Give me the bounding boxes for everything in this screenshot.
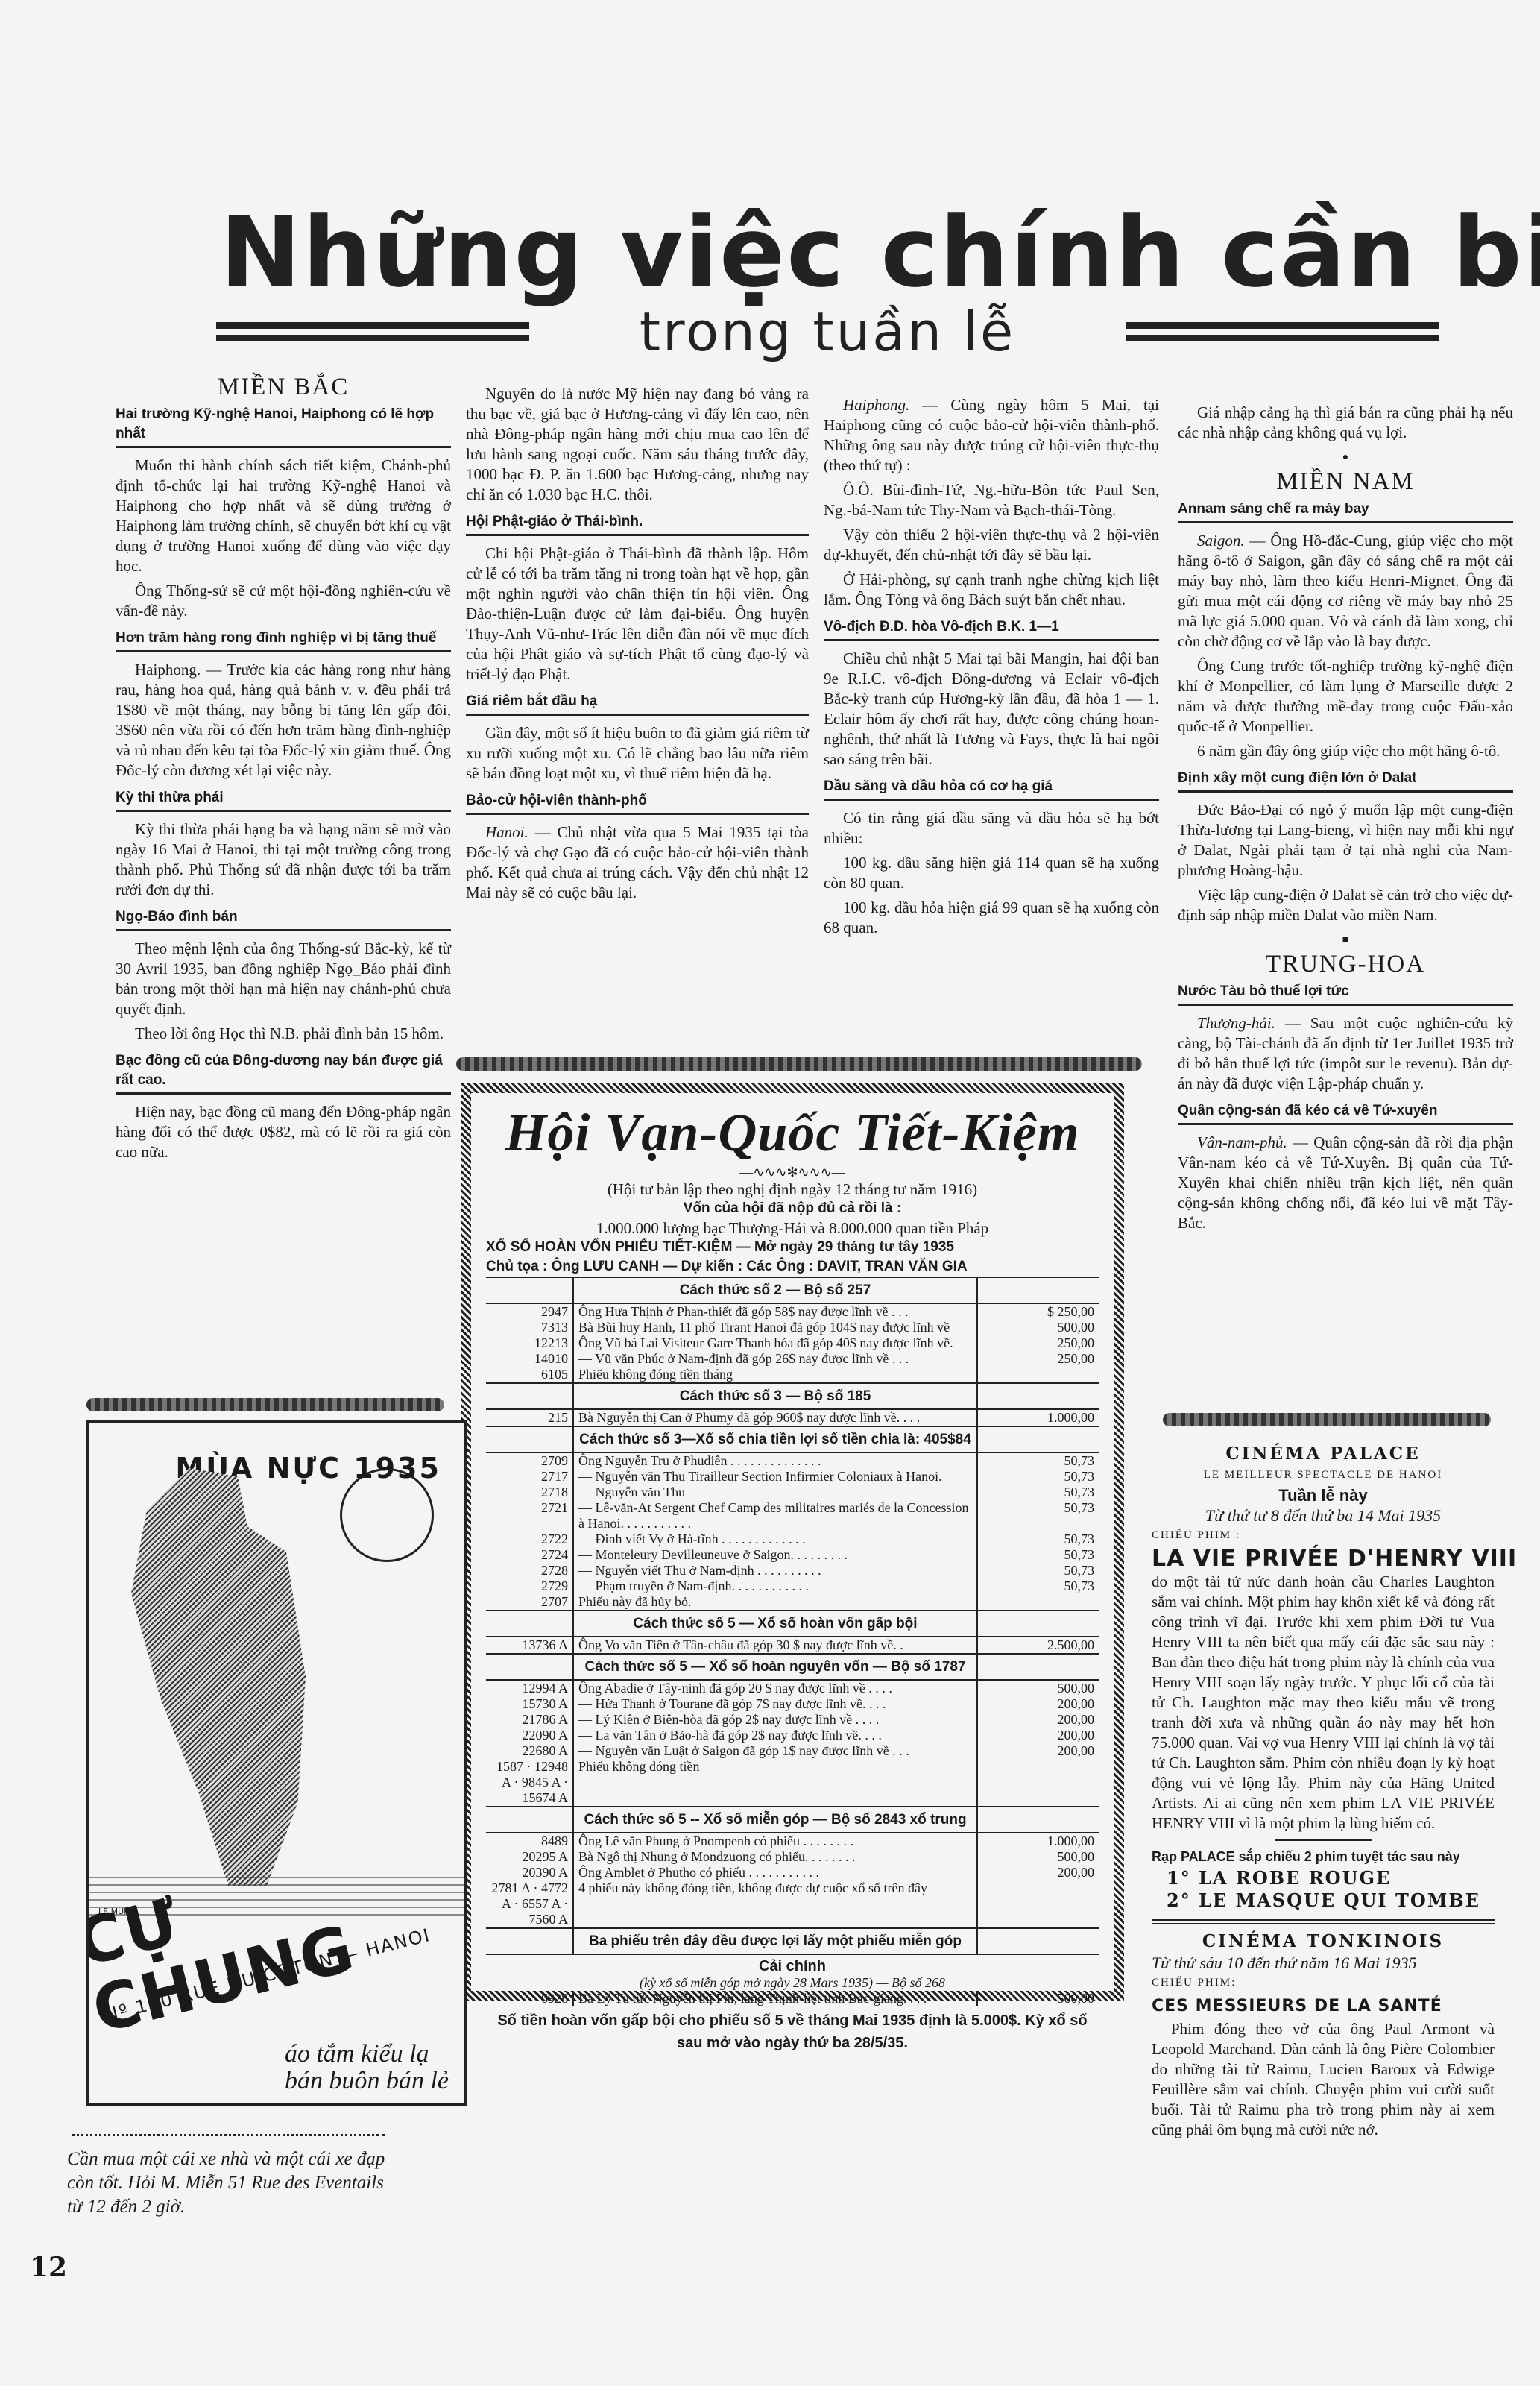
table-row: 6928 Bà Lý Tu tức Nguyễn thị Phi, làng T…	[486, 1991, 1099, 2006]
ticket-number: 2709	[486, 1452, 573, 1469]
notice-title: Hội Vạn-Quốc Tiết-Kiệm	[486, 1101, 1099, 1165]
table-row: 14010— Vũ văn Phúc ở Nam-định đã góp 26$…	[486, 1351, 1099, 1367]
correction-title: Cải chính	[486, 1958, 1099, 1975]
ticket-number: 13736 A	[486, 1637, 573, 1654]
winner-text: Ông Vũ bá Lai Visiteur Gare Thanh hóa đã…	[573, 1335, 977, 1351]
section-heading: Cách thức số 5 -- Xổ số miễn góp — Bộ số…	[573, 1807, 977, 1833]
table-row: 2717— Nguyễn văn Thu Tirailleur Section …	[486, 1469, 1099, 1485]
table-row: 1587 · 12948 A · 9845 A · 15674 APhiếu k…	[486, 1759, 1099, 1807]
movie-title: LA VIE PRIVÉE D'HENRY VIII	[1152, 1549, 1495, 1569]
winner-text: Phiếu này đã hủy bỏ.	[573, 1594, 977, 1611]
table-row: 22680 A— Nguyễn văn Luật ở Saigon đã góp…	[486, 1743, 1099, 1759]
upcoming-movie: 2° LE MASQUE QUI TOMBE	[1167, 1889, 1495, 1912]
paragraph: Theo mệnh lệnh của ông Thống-sứ Bắc-kỳ, …	[116, 939, 451, 1019]
showing-label: CHIẾU PHIM:	[1152, 1973, 1495, 1993]
paragraph: Vân-nam-phủ. — Quân cộng-sản đã rời địa …	[1178, 1133, 1513, 1233]
paragraph: Ô.Ô. Bùi-đình-Tứ, Ng.-hữu-Bôn tức Paul S…	[824, 480, 1159, 520]
amount: 50,73	[977, 1532, 1099, 1547]
ticket-number: 12994 A	[486, 1680, 573, 1696]
correction-table: 6928 Bà Lý Tu tức Nguyễn thị Phi, làng T…	[486, 1991, 1099, 2006]
ticket-number: 2707	[486, 1594, 573, 1611]
notice-footer: Số tiền hoàn vốn gấp bội cho phiếu số 5 …	[486, 2009, 1099, 2054]
table-row: 22090 A— La văn Tân ở Bảo-hà đã góp 2$ n…	[486, 1728, 1099, 1743]
column-3: Haiphong. — Cùng ngày hôm 5 Mai, tại Hai…	[824, 395, 1159, 942]
showing-label: CHIẾU PHIM :	[1152, 1526, 1495, 1546]
amount	[977, 1367, 1099, 1383]
amount: 50,73	[977, 1452, 1099, 1469]
winner-text: Bà Bùi huy Hanh, 11 phố Tirant Hanoi đã …	[573, 1320, 977, 1335]
section-heading: Cách thức số 3—Xổ số chia tiền lợi số ti…	[573, 1426, 977, 1452]
section-heading-row: Cách thức số 5 -- Xổ số miễn góp — Bộ số…	[486, 1807, 1099, 1833]
paragraph: Ông Cung trước tốt-nghiệp trường kỹ-nghệ…	[1178, 656, 1513, 737]
headline: Dầu săng và dầu hỏa có cơ hạ giá	[824, 777, 1159, 801]
ornament: —∿∿∿✻∿∿∿—	[486, 1165, 1099, 1180]
headline: Hai trường Kỹ-nghệ Hanoi, Haiphong có lẽ…	[116, 405, 451, 448]
headline: Định xây một cung điện lớn ở Dalat	[1178, 769, 1513, 793]
paragraph: Việc lập cung-điện ở Dalat sẽ cản trở ch…	[1178, 885, 1513, 925]
headline: Vô-địch Đ.D. hòa Vô-địch B.K. 1—1	[824, 617, 1159, 641]
winner-text: Bà Lý Tu tức Nguyễn thị Phi, làng Thịnh-…	[573, 1991, 977, 2006]
ticket-number: 7313	[486, 1320, 573, 1335]
amount: 50,73	[977, 1578, 1099, 1594]
paragraph: Vậy còn thiếu 2 hội-viên thực-thụ và 2 h…	[824, 525, 1159, 565]
ticket-number: 8489	[486, 1833, 573, 1849]
section-heading: Cách thức số 3 — Bộ số 185	[573, 1383, 977, 1409]
winner-text: 4 phiếu này không đóng tiền, không được …	[573, 1880, 977, 1928]
amount: 50,73	[977, 1485, 1099, 1500]
winner-text: Ông Vo văn Tiên ở Tân-châu đã góp 30 $ n…	[573, 1637, 977, 1654]
swimwear-advertisement: MÙA NỰC 1935 LE MUR CỰ CHUNG Nº 100 RUE …	[86, 1420, 467, 2106]
amount: 250,00	[977, 1335, 1099, 1351]
headline: Annam sáng chế ra máy bay	[1178, 500, 1513, 523]
wavy-divider	[86, 1398, 444, 1411]
winner-text: — Hứa Thanh ở Tourane đã góp 7$ nay được…	[573, 1696, 977, 1712]
ticket-number: 6105	[486, 1367, 573, 1383]
winner-text: Ông Amblet ở Phutho có phiếu . . . . . .…	[573, 1865, 977, 1880]
results-table: Cách thức số 2 — Bộ số 2572947Ông Hưa Th…	[486, 1277, 1099, 1955]
headline: Quân cộng-sản đã kéo cả về Tứ-xuyên	[1178, 1101, 1513, 1125]
week-label: Tuần lễ này	[1152, 1485, 1495, 1505]
winner-text: Ông Nguyễn Tru ở Phudiên . . . . . . . .…	[573, 1452, 977, 1469]
section-heading: Cách thức số 5 — Xổ số hoàn nguyên vốn —…	[573, 1654, 977, 1680]
paragraph: Ở Hải-phòng, sự cạnh tranh nghe chừng kị…	[824, 570, 1159, 610]
double-rule	[1152, 1919, 1495, 1924]
section-heading: Cách thức số 2 — Bộ số 257	[573, 1277, 977, 1303]
region-heading: TRUNG-HOA	[1178, 954, 1513, 975]
square-ornament: ■	[1178, 930, 1513, 950]
amount: 50,73	[977, 1469, 1099, 1485]
section-heading: Ba phiếu trên đây đều được lợi lấy một p…	[573, 1928, 977, 1954]
paragraph: 100 kg. dầu săng hiện giá 114 quan sẽ hạ…	[824, 853, 1159, 893]
page-title: Những việc chính cần biết	[220, 200, 1427, 304]
table-row: 21786 A— Lý Kiên ở Biên-hòa đã góp 2$ na…	[486, 1712, 1099, 1728]
page-number: 12	[30, 2252, 67, 2283]
table-row: 20295 ABà Ngô thị Nhung ở Mondzuong có p…	[486, 1849, 1099, 1865]
section-heading-row: Cách thức số 5 — Xổ số hoàn nguyên vốn —…	[486, 1654, 1099, 1680]
paragraph: Theo lời ông Học thì N.B. phải đình bản …	[116, 1024, 451, 1044]
paragraph: Haiphong. — Trước kia các hàng rong như …	[116, 660, 451, 781]
column-mien-bac: MIỀN BẮC Hai trường Kỹ-nghệ Hanoi, Haiph…	[116, 373, 451, 1167]
ticket-number: 2781 A · 4772 A · 6557 A · 7560 A	[486, 1880, 573, 1928]
table-row: 2718— Nguyễn văn Thu —50,73	[486, 1485, 1099, 1500]
dateline: Saigon.	[1197, 532, 1245, 550]
winner-text: Phiếu không đóng tiền	[573, 1759, 977, 1807]
cinema-name: CINÉMA TONKINOIS	[1152, 1931, 1495, 1951]
amount	[977, 1880, 1099, 1928]
table-row: 2721— Lê-văn-At Sergent Chef Camp des mi…	[486, 1500, 1099, 1532]
column-2: Nguyên do là nước Mỹ hiện nay đang bỏ và…	[466, 384, 809, 907]
table-row: 7313Bà Bùi huy Hanh, 11 phố Tirant Hanoi…	[486, 1320, 1099, 1335]
ticket-number: 14010	[486, 1351, 573, 1367]
table-row: 13736 AÔng Vo văn Tiên ở Tân-châu đã góp…	[486, 1637, 1099, 1654]
dateline: Hanoi.	[485, 823, 528, 841]
headline: Bạc đồng cũ của Đông-dương nay bán được …	[116, 1051, 451, 1095]
amount: 200,00	[977, 1743, 1099, 1759]
ticket-number: 2729	[486, 1578, 573, 1594]
winner-text: — Nguyễn viết Thu ở Nam-định . . . . . .…	[573, 1563, 977, 1578]
swimmers-illustration	[112, 1468, 306, 1886]
winner-text: — Vũ văn Phúc ở Nam-định đã góp 26$ nay …	[573, 1351, 977, 1367]
winner-text: Phiếu không đóng tiền tháng	[573, 1367, 977, 1383]
paragraph: 6 năm gần đây ông giúp việc cho một hãng…	[1178, 741, 1513, 761]
page-subtitle: trong tuần lễ	[640, 302, 1015, 362]
amount: 50,73	[977, 1500, 1099, 1532]
paragraph: Giá nhập cảng hạ thì giá bán ra cũng phả…	[1178, 403, 1513, 443]
ticket-number: 22090 A	[486, 1728, 573, 1743]
amount: 500,00	[977, 1849, 1099, 1865]
amount: 2.500,00	[977, 1637, 1099, 1654]
dateline: Haiphong.	[843, 396, 909, 414]
table-row: 15730 A— Hứa Thanh ở Tourane đã góp 7$ n…	[486, 1696, 1099, 1712]
amount: 500,00	[977, 1320, 1099, 1335]
ticket-number: 20295 A	[486, 1849, 573, 1865]
amount	[977, 1594, 1099, 1611]
winner-text: — Nguyễn văn Luật ở Saigon đã góp 1$ nay…	[573, 1743, 977, 1759]
table-row: 2709Ông Nguyễn Tru ở Phudiên . . . . . .…	[486, 1452, 1099, 1469]
amount: 250,00	[977, 1351, 1099, 1367]
movie-description: do một tài tử nức danh hoàn cầu Charles …	[1152, 1572, 1495, 1833]
table-row: 20390 AÔng Amblet ở Phutho có phiếu . . …	[486, 1865, 1099, 1880]
table-row: 2724— Monteleury Devilleuneuve ở Saigon.…	[486, 1547, 1099, 1563]
paragraph: Kỳ thi thừa phái hạng ba và hạng năm sẽ …	[116, 819, 451, 900]
paragraph: Nguyên do là nước Mỹ hiện nay đang bỏ và…	[466, 384, 809, 505]
winner-text: — La văn Tân ở Bảo-hà đã góp 2$ nay được…	[573, 1728, 977, 1743]
winner-text: — Nguyễn văn Thu —	[573, 1485, 977, 1500]
section-heading-row: Cách thức số 5 — Xổ số hoàn vốn gấp bội	[486, 1611, 1099, 1637]
winner-text: — Phạm truyền ở Nam-định. . . . . . . . …	[573, 1578, 977, 1594]
headline: Ngọ-Báo đình bản	[116, 907, 451, 931]
lottery-line: XỔ SỐ HOÀN VỐN PHIẾU TIẾT-KIỆM — Mở ngày…	[486, 1238, 1099, 1257]
ticket-number: 22680 A	[486, 1743, 573, 1759]
ad-slogan: áo tắm kiểu lạ bán buôn bán lẻ	[285, 2041, 449, 2094]
paragraph: Haiphong. — Cùng ngày hôm 5 Mai, tại Hai…	[824, 395, 1159, 476]
ticket-number: 2728	[486, 1563, 573, 1578]
paragraph: Có tin rằng giá dầu săng và dầu hỏa sẽ h…	[824, 808, 1159, 849]
amount: $ 250,00	[977, 1303, 1099, 1320]
cinema-name: CINÉMA PALACE	[1152, 1444, 1495, 1464]
paragraph: Đức Bảo-Đại có ngỏ ý muốn lập một cung-đ…	[1178, 800, 1513, 881]
double-rule-right	[1126, 322, 1439, 341]
winner-text: Bà Nguyễn thị Can ở Phumy đã góp 960$ na…	[573, 1409, 977, 1426]
savings-society-notice: Hội Vạn-Quốc Tiết-Kiệm —∿∿∿✻∿∿∿— (Hội tư…	[461, 1083, 1124, 2001]
ticket-number: 15730 A	[486, 1696, 573, 1712]
table-row: 2707Phiếu này đã hủy bỏ.	[486, 1594, 1099, 1611]
table-row: 2729— Phạm truyền ở Nam-định. . . . . . …	[486, 1578, 1099, 1594]
ticket-number: 2717	[486, 1469, 573, 1485]
short-rule	[1275, 1839, 1372, 1841]
amount: 500,00	[977, 1680, 1099, 1696]
winner-text: — Nguyễn văn Thu Tirailleur Section Infi…	[573, 1469, 977, 1485]
upcoming-intro: Rạp PALACE sắp chiếu 2 phim tuyệt tác sa…	[1152, 1847, 1495, 1867]
classified-ad: Cần mua một cái xe nhà và một cái xe đạp…	[67, 2147, 395, 2219]
winner-text: — Lê-văn-At Sergent Chef Camp des milita…	[573, 1500, 977, 1532]
amount: 50,73	[977, 1563, 1099, 1578]
section-heading-row: Cách thức số 2 — Bộ số 257	[486, 1277, 1099, 1303]
table-row: 2728— Nguyễn viết Thu ở Nam-định . . . .…	[486, 1563, 1099, 1578]
double-rule-left	[216, 322, 529, 341]
table-row: 12213Ông Vũ bá Lai Visiteur Gare Thanh h…	[486, 1335, 1099, 1351]
paragraph: Muốn thi hành chính sách tiết kiệm, Chán…	[116, 456, 451, 576]
founded-line: (Hội tư bản lập theo nghị định ngày 12 t…	[486, 1180, 1099, 1199]
wavy-divider	[456, 1057, 1142, 1071]
ticket-number: 1587 · 12948 A · 9845 A · 15674 A	[486, 1759, 573, 1807]
ticket-number: 20390 A	[486, 1865, 573, 1880]
amount: 1.000,00	[977, 1833, 1099, 1849]
cinema-tagline: LE MEILLEUR SPECTACLE DE HANOI	[1152, 1465, 1495, 1485]
column-4: Giá nhập cảng hạ thì giá bán ra cũng phả…	[1178, 403, 1513, 1238]
table-row: 6105Phiếu không đóng tiền tháng	[486, 1367, 1099, 1383]
paragraph: Saigon. — Ông Hồ-đắc-Cung, giúp việc cho…	[1178, 531, 1513, 652]
region-heading: MIỀN NAM	[1178, 472, 1513, 492]
movie-description: Phim đóng theo vở của ông Paul Armont và…	[1152, 2019, 1495, 2140]
winner-text: — Đinh viết Vy ở Hà-tĩnh . . . . . . . .…	[573, 1532, 977, 1547]
ticket-number: 215	[486, 1409, 573, 1426]
winner-text: Ông Hưa Thịnh ở Phan-thiết đã góp 58$ na…	[573, 1303, 977, 1320]
table-row: 215Bà Nguyễn thị Can ở Phumy đã góp 960$…	[486, 1409, 1099, 1426]
ticket-number: 21786 A	[486, 1712, 573, 1728]
table-row: 2722— Đinh viết Vy ở Hà-tĩnh . . . . . .…	[486, 1532, 1099, 1547]
paragraph: Ông Thống-sứ sẽ cử một hội-đồng nghiên-c…	[116, 581, 451, 621]
amount: 1.000,00	[977, 1409, 1099, 1426]
dotted-divider	[72, 2134, 385, 2141]
paragraph: Chi hội Phật-giáo ở Thái-bình đã thành l…	[466, 544, 809, 684]
ticket-number: 2947	[486, 1303, 573, 1320]
correction-subtitle: (kỳ xổ số miễn góp mở ngày 28 Mars 1935)…	[486, 1975, 1099, 1991]
wavy-divider	[1163, 1413, 1491, 1426]
region-heading: MIỀN BẮC	[116, 377, 451, 397]
section-heading-row: Cách thức số 3—Xổ số chia tiền lợi số ti…	[486, 1426, 1099, 1452]
headline: Hội Phật-giáo ở Thái-bình.	[466, 512, 809, 536]
show-dates: Từ thứ tư 8 đến thứ ba 14 Mai 1935	[1152, 1505, 1495, 1526]
amount	[977, 1759, 1099, 1807]
winner-text: Bà Ngô thị Nhung ở Mondzuong có phiếu. .…	[573, 1849, 977, 1865]
winner-text: Ông Abadie ở Tây-ninh đã góp 20 $ nay đư…	[573, 1680, 977, 1696]
winner-text: Ông Lê văn Phung ở Pnompenh có phiếu . .…	[573, 1833, 977, 1849]
slogan-line: bán buôn bán lẻ	[285, 2068, 449, 2094]
paragraph: Gần đây, một số ít hiệu buôn to đã giảm …	[466, 723, 809, 784]
headline: Nước Tàu bỏ thuế lợi tức	[1178, 982, 1513, 1006]
winner-text: — Lý Kiên ở Biên-hòa đã góp 2$ nay được …	[573, 1712, 977, 1728]
bullet-ornament: ●	[1178, 447, 1513, 468]
dateline: Thượng-hải.	[1197, 1014, 1275, 1032]
amount: 200,00	[977, 1728, 1099, 1743]
paragraph: Hanoi. — Chủ nhật vừa qua 5 Mai 1935 tại…	[466, 822, 809, 903]
dateline: Haiphong.	[135, 661, 201, 679]
headline: Bảo-cử hội-viên thành-phố	[466, 791, 809, 815]
ticket-number: 6928	[486, 1991, 573, 2006]
headline: Hơn trăm hàng rong đình nghiệp vì bị tăn…	[116, 629, 451, 652]
paragraph: Thượng-hải. — Sau một cuộc nghiên-cứu kỹ…	[1178, 1013, 1513, 1094]
presiders-line: Chủ tọa : Ông LƯU CANH — Dự kiến : Các Ô…	[486, 1257, 1099, 1277]
show-dates: Từ thứ sáu 10 đến thứ năm 16 Mai 1935	[1152, 1953, 1495, 1973]
capital-amount: 1.000.000 lượng bạc Thượng-Hải và 8.000.…	[486, 1218, 1099, 1238]
table-row: 12994 AÔng Abadie ở Tây-ninh đã góp 20 $…	[486, 1680, 1099, 1696]
table-row: 2947Ông Hưa Thịnh ở Phan-thiết đã góp 58…	[486, 1303, 1099, 1320]
paragraph: Chiều chủ nhật 5 Mai tại bãi Mangin, hai…	[824, 649, 1159, 769]
capital-label: Vốn của hội đã nộp đủ cả rồi là :	[486, 1199, 1099, 1218]
paragraph: 100 kg. dầu hỏa hiện giá 99 quan sẽ hạ x…	[824, 898, 1159, 938]
amount: 50,73	[977, 1547, 1099, 1563]
upcoming-movie: 1° LA ROBE ROUGE	[1167, 1867, 1495, 1889]
amount: 200,00	[977, 1696, 1099, 1712]
section-heading-row: Ba phiếu trên đây đều được lợi lấy một p…	[486, 1928, 1099, 1954]
winner-text: — Monteleury Devilleuneuve ở Saigon. . .…	[573, 1547, 977, 1563]
subtitle-row: trong tuần lễ	[216, 302, 1439, 362]
table-row: 2781 A · 4772 A · 6557 A · 7560 A4 phiếu…	[486, 1880, 1099, 1928]
movie-title: CES MESSIEURS DE LA SANTÉ	[1152, 1996, 1495, 2016]
headline: Giá riêm bắt đầu hạ	[466, 692, 809, 716]
headline: Kỳ thi thừa phái	[116, 788, 451, 812]
ticket-number: 2724	[486, 1547, 573, 1563]
ticket-number: 2718	[486, 1485, 573, 1500]
table-row: 8489Ông Lê văn Phung ở Pnompenh có phiếu…	[486, 1833, 1099, 1849]
slogan-line: áo tắm kiểu lạ	[285, 2041, 449, 2068]
ticket-number: 2721	[486, 1500, 573, 1532]
amount: 200,00	[977, 1865, 1099, 1880]
section-heading: Cách thức số 5 — Xổ số hoàn vốn gấp bội	[573, 1611, 977, 1637]
cinema-palace-ad: CINÉMA PALACE LE MEILLEUR SPECTACLE DE H…	[1152, 1439, 1495, 2144]
section-heading-row: Cách thức số 3 — Bộ số 185	[486, 1383, 1099, 1409]
ticket-number: 12213	[486, 1335, 573, 1351]
amount: 200,00	[977, 1712, 1099, 1728]
ticket-number: 2722	[486, 1532, 573, 1547]
paragraph: Hiện nay, bạc đồng cũ mang đến Đông-pháp…	[116, 1102, 451, 1162]
amount: 500,00	[977, 1991, 1099, 2006]
dateline: Vân-nam-phủ.	[1197, 1133, 1287, 1151]
